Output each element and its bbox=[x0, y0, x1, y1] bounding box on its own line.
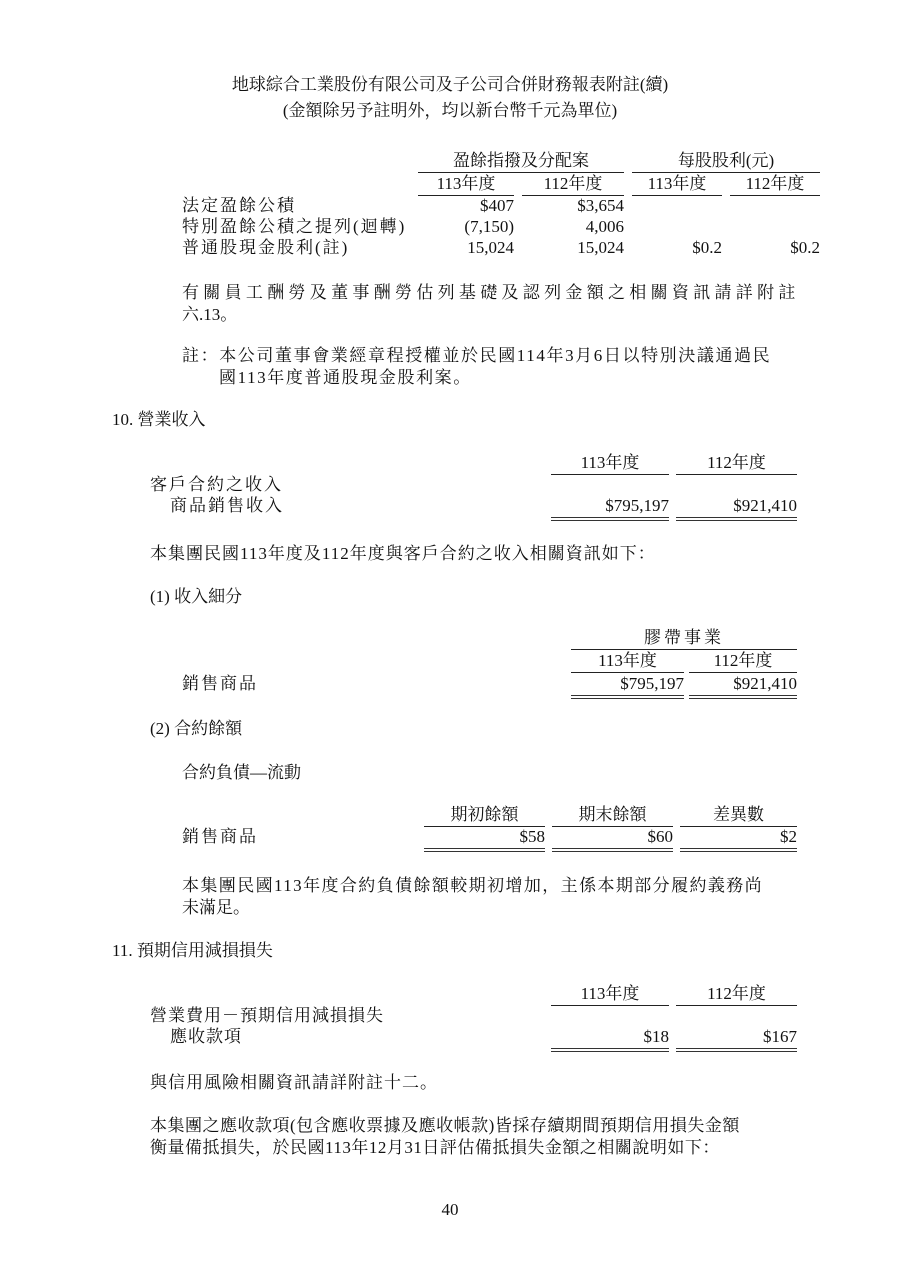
document-subtitle: (金額除另予註明外，均以新台幣千元為單位) bbox=[0, 100, 900, 122]
cell-value: 15,024 bbox=[522, 237, 624, 259]
cell-value: $3,654 bbox=[522, 195, 624, 217]
row-label: 特別盈餘公積之提列(迴轉) bbox=[182, 216, 406, 238]
row-label: 應收款項 bbox=[170, 1026, 242, 1048]
section-heading: 11. 預期信用減損損失 bbox=[112, 940, 273, 962]
paragraph: 本集團民國113年度及112年度與客戶合約之收入相關資訊如下： bbox=[150, 543, 656, 565]
cell-value: $795,197 bbox=[551, 495, 669, 521]
group-header-dps: 每股股利(元) bbox=[632, 150, 820, 173]
cell-value: $60 bbox=[552, 826, 673, 852]
row-label: 法定盈餘公積 bbox=[182, 195, 296, 217]
section-heading: 10. 營業收入 bbox=[112, 409, 206, 431]
note-line: 註：本公司董事會業經章程授權並於民國114年3月6日以特別決議通過民 bbox=[182, 345, 771, 367]
column-header: 113年度 bbox=[551, 452, 669, 475]
document-title: 地球綜合工業股份有限公司及子公司合併財務報表附註(續) bbox=[0, 74, 900, 96]
group-label: 營業費用－預期信用減損損失 bbox=[150, 1005, 384, 1027]
cell-value: 4,006 bbox=[522, 216, 624, 238]
caption: 合約負債—流動 bbox=[182, 762, 301, 784]
row-label: 銷售商品 bbox=[182, 673, 258, 695]
cell-value: 15,024 bbox=[418, 237, 514, 259]
paragraph-line: 未滿足。 bbox=[182, 897, 250, 919]
cell-value: $921,410 bbox=[676, 495, 797, 521]
cell-value: $2 bbox=[680, 826, 797, 852]
column-header: 112年度 bbox=[730, 173, 820, 196]
paragraph: 與信用風險相關資訊請詳附註十二。 bbox=[150, 1072, 438, 1094]
column-header: 113年度 bbox=[551, 983, 669, 1006]
column-header: 112年度 bbox=[676, 983, 797, 1006]
column-header: 113年度 bbox=[632, 173, 722, 196]
column-header: 112年度 bbox=[676, 452, 797, 475]
column-header: 112年度 bbox=[522, 173, 624, 196]
cell-value: $0.2 bbox=[730, 237, 820, 259]
paragraph-line: 六.13。 bbox=[182, 304, 237, 326]
paragraph-line: 衡量備抵損失，於民國113年12月31日評估備抵損失金額之相關說明如下： bbox=[150, 1137, 720, 1159]
column-header: 113年度 bbox=[571, 650, 684, 673]
cell-value: $18 bbox=[551, 1026, 669, 1052]
cell-value: $921,410 bbox=[689, 673, 797, 699]
note-line: 國113年度普通股現金股利案。 bbox=[219, 367, 472, 389]
cell-value: $795,197 bbox=[571, 673, 684, 699]
row-label: 普通股現金股利(註) bbox=[182, 237, 349, 259]
group-header: 膠帶事業 bbox=[571, 627, 797, 650]
paragraph-line: 本集團民國113年度合約負債餘額較期初增加，主係本期部分履約義務尚 bbox=[182, 875, 763, 897]
column-header: 差異數 bbox=[680, 804, 797, 827]
cell-value: $167 bbox=[676, 1026, 797, 1052]
paragraph-line: 本集團之應收款項(包含應收票據及應收帳款)皆採存續期間預期信用損失金額 bbox=[150, 1115, 740, 1137]
cell-value: $407 bbox=[418, 195, 514, 217]
row-label: 商品銷售收入 bbox=[170, 495, 284, 517]
cell-value: (7,150) bbox=[418, 216, 514, 238]
page-number: 40 bbox=[0, 1199, 900, 1221]
column-header: 112年度 bbox=[689, 650, 797, 673]
paragraph-line: 有關員工酬勞及董事酬勞估列基礎及認列金額之相關資訊請詳附註 bbox=[182, 282, 800, 304]
subsection-heading: (2) 合約餘額 bbox=[150, 718, 242, 740]
cell-value: $58 bbox=[424, 826, 545, 852]
cell-value: $0.2 bbox=[632, 237, 722, 259]
row-label: 銷售商品 bbox=[182, 826, 258, 848]
column-header: 期末餘額 bbox=[552, 804, 673, 827]
subsection-heading: (1) 收入細分 bbox=[150, 586, 242, 608]
column-header: 113年度 bbox=[418, 173, 514, 196]
group-header-appropriation: 盈餘指撥及分配案 bbox=[418, 150, 624, 173]
group-label: 客戶合約之收入 bbox=[150, 474, 283, 496]
column-header: 期初餘額 bbox=[424, 804, 545, 827]
